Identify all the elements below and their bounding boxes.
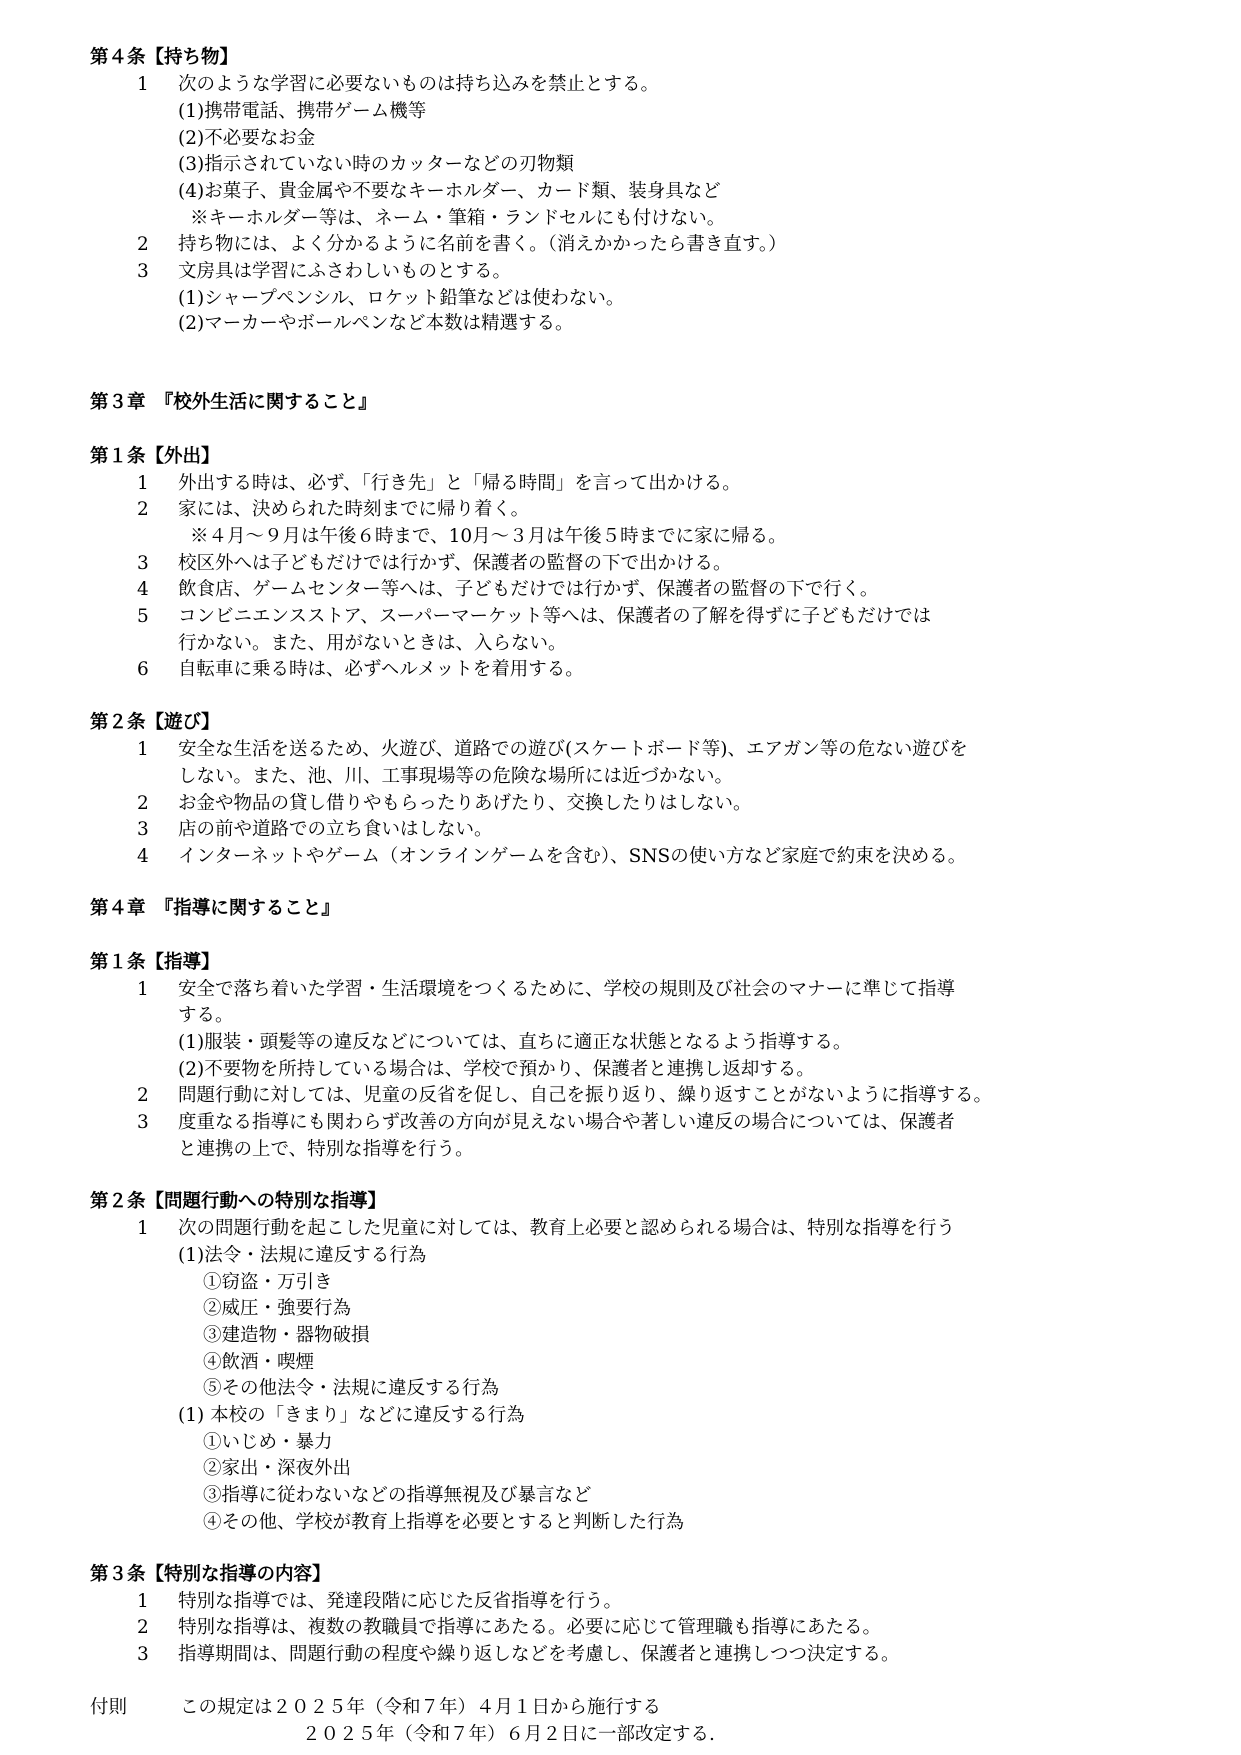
item-text: 次のような学習に必要ないものは持ち込みを禁止とする。 [178, 73, 659, 97]
section-heading: 第２条【問題行動への特別な指導】 [90, 1190, 386, 1214]
sub-text: (1) 本校の「きまり」などに違反する行為 [178, 1404, 525, 1428]
item-text: インターネットやゲーム（オンラインゲームを含む）、SNSの使い方など家庭で約束を… [178, 845, 966, 869]
sub-text: (4)お菓子、貴金属や不要なキーホルダー、カード類、装身具など [178, 180, 721, 204]
item-number: 1 [137, 738, 149, 762]
item-text: 特別な指導では、発達段階に応じた反省指導を行う。 [178, 1590, 622, 1614]
note-text: ※４月～９月は午後６時まで、10月～３月は午後５時までに家に帰る。 [190, 525, 787, 549]
sub-text: (3)指示されていない時のカッターなどの刃物類 [178, 153, 574, 177]
subsub-text: ④飲酒・喫煙 [203, 1351, 314, 1375]
subsub-text: ②威圧・強要行為 [203, 1297, 351, 1321]
item-text: 次の問題行動を起こした児童に対しては、教育上必要と認められる場合は、特別な指導を… [178, 1217, 955, 1241]
item-number: 3 [137, 1643, 149, 1667]
item-text: 校区外へは子どもだけでは行かず、保護者の監督の下で出かける。 [178, 552, 732, 576]
supp-text: この規定は２０２５年（令和７年）４月１日から施行する [180, 1696, 661, 1720]
item-text: コンビニエンスストア、スーパーマーケット等へは、保護者の了解を得ずに子どもだけで… [178, 605, 931, 629]
item-text: 自転車に乗る時は、必ずヘルメットを着用する。 [178, 658, 584, 682]
sub-text: (1)シャープペンシル、ロケット鉛筆などは使わない。 [178, 287, 624, 311]
sub-text: (1)携帯電話、携帯ゲーム機等 [178, 100, 426, 124]
item-number: 6 [137, 658, 149, 682]
cont-text: する。 [178, 1004, 234, 1028]
item-number: 1 [137, 472, 149, 496]
item-number: 1 [137, 1590, 149, 1614]
item-text: 指導期間は、問題行動の程度や繰り返しなどを考慮し、保護者と連携しつつ決定する。 [178, 1643, 900, 1667]
section-heading: 第３条【特別な指導の内容】 [90, 1563, 331, 1587]
sub-text: (2)不要物を所持している場合は、学校で預かり、保護者と連携し返却する。 [178, 1058, 815, 1082]
item-number: 1 [137, 978, 149, 1002]
item-text: 特別な指導は、複数の教職員で指導にあたる。必要に応じて管理職も指導にあたる。 [178, 1616, 881, 1640]
item-text: 安全な生活を送るため、火遊び、道路での遊び(スケートボード等)、エアガン等の危な… [178, 738, 968, 762]
item-number: 2 [137, 1084, 149, 1108]
item-text: 持ち物には、よく分かるように名前を書く。（消えかかったら書き直す。） [178, 233, 787, 257]
item-number: 3 [137, 818, 149, 842]
item-text: 安全で落ち着いた学習・生活環境をつくるために、学校の規則及び社会のマナーに準じて… [178, 978, 955, 1002]
subsub-text: ①窃盗・万引き [203, 1271, 333, 1295]
subsub-text: ①いじめ・暴力 [203, 1431, 333, 1455]
item-number: 5 [137, 605, 149, 629]
item-number: 4 [137, 845, 149, 869]
section-heading: 第１条【指導】 [90, 951, 220, 975]
item-number: 1 [137, 73, 149, 97]
item-number: 2 [137, 233, 149, 257]
section-heading: 第３章 『校外生活に関すること』 [90, 391, 377, 415]
item-number: 2 [137, 498, 149, 522]
item-number: 1 [137, 1217, 149, 1241]
item-text: 店の前や道路での立ち食いはしない。 [178, 818, 493, 842]
supp2-text: ２０２５年（令和７年）６月２日に一部改定する. [302, 1723, 715, 1747]
subsub-text: ③建造物・器物破損 [203, 1324, 370, 1348]
item-text: 外出する時は、必ず、「行き先」と「帰る時間」を言って出かける。 [178, 472, 741, 496]
sub-text: (2)マーカーやボールペンなど本数は精選する。 [178, 312, 573, 336]
item-number: 2 [137, 792, 149, 816]
cont-text: と連携の上で、特別な指導を行う。 [178, 1138, 474, 1162]
cont-text: しない。また、池、川、工事現場等の危険な場所には近づかない。 [178, 765, 733, 789]
section-heading: 第４章 『指導に関すること』 [90, 897, 340, 921]
section-heading: 第１条【外出】 [90, 445, 220, 469]
item-number: 3 [137, 1111, 149, 1135]
item-text: お金や物品の貸し借りやもらったりあげたり、交換したりはしない。 [178, 792, 752, 816]
section-heading: 第４条【持ち物】 [90, 46, 238, 70]
item-number: 4 [137, 578, 149, 602]
sub-text: (2)不必要なお金 [178, 127, 315, 151]
item-number: 2 [137, 1616, 149, 1640]
supp_label-text: 付則 [90, 1696, 127, 1720]
item-text: 度重なる指導にも関わらず改善の方向が見えない場合や著しい違反の場合については、保… [178, 1111, 955, 1135]
subsub-text: ②家出・深夜外出 [203, 1457, 351, 1481]
subsub-text: ⑤その他法令・法規に違反する行為 [203, 1377, 499, 1401]
cont-text: 行かない。また、用がないときは、入らない。 [178, 632, 567, 656]
subsub-text: ④その他、学校が教育上指導を必要とすると判断した行為 [203, 1511, 684, 1535]
note-text: ※キーホルダー等は、ネーム・筆箱・ランドセルにも付けない。 [190, 207, 725, 231]
item-number: 3 [137, 260, 149, 284]
item-text: 飲食店、ゲームセンター等へは、子どもだけでは行かず、保護者の監督の下で行く。 [178, 578, 878, 602]
section-heading: 第２条【遊び】 [90, 711, 220, 735]
sub-text: (1)法令・法規に違反する行為 [178, 1244, 426, 1268]
sub-text: (1)服装・頭髪等の違反などについては、直ちに適正な状態となるよう指導する。 [178, 1031, 851, 1055]
item-text: 家には、決められた時刻までに帰り着く。 [178, 498, 529, 522]
item-text: 文房具は学習にふさわしいものとする。 [178, 260, 511, 284]
document-page: 第４条【持ち物】1次のような学習に必要ないものは持ち込みを禁止とする。(1)携帯… [0, 0, 1241, 1755]
item-text: 問題行動に対しては、児童の反省を促し、自己を振り返り、繰り返すことがないように指… [178, 1084, 992, 1108]
subsub-text: ③指導に従わないなどの指導無視及び暴言など [203, 1484, 592, 1508]
item-number: 3 [137, 552, 149, 576]
